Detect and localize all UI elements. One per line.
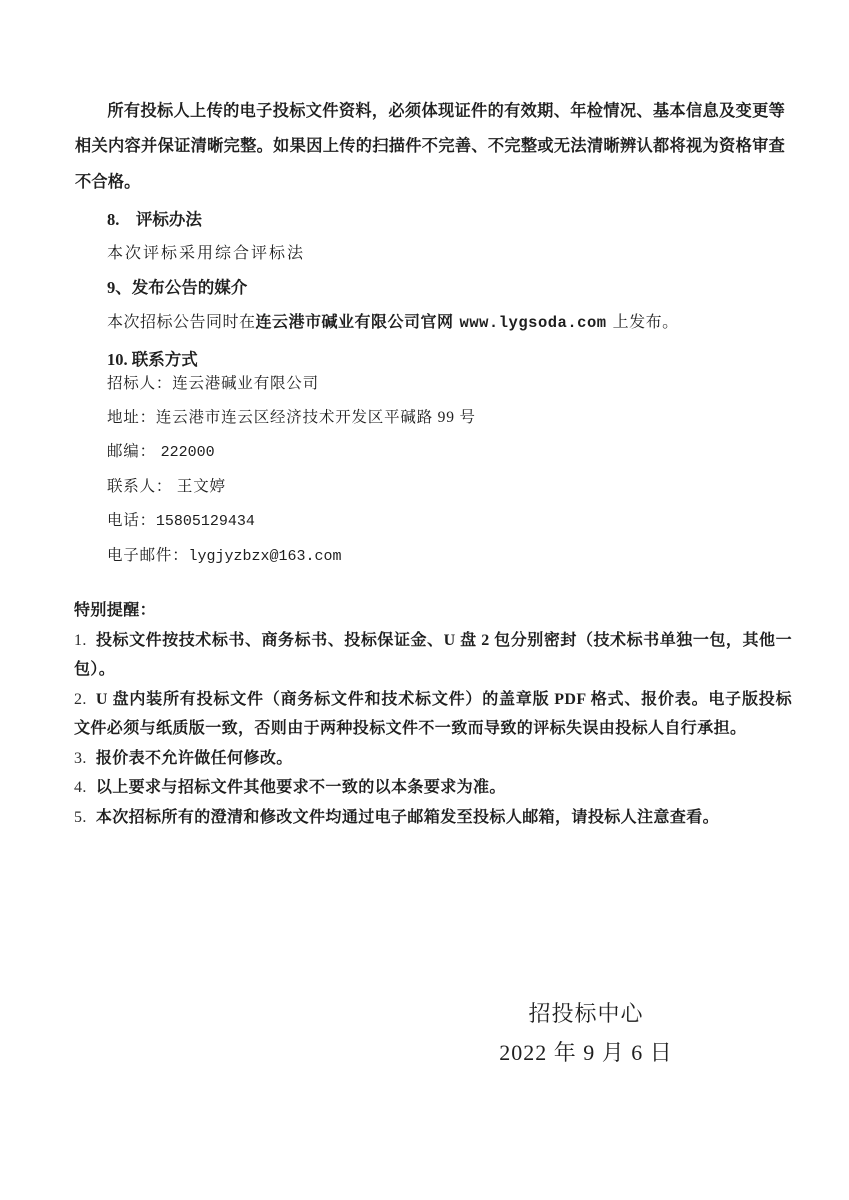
item-text: U 盘内装所有投标文件（商务标文件和技术标文件）的盖章版 PDF 格式、报价表。…	[74, 691, 792, 738]
contact-value: 王文婷	[177, 478, 226, 495]
contact-label: 电子邮件：	[107, 547, 189, 564]
contact-bidder-line: 招标人：连云港碱业有限公司	[107, 367, 476, 401]
section-9-heading: 9、发布公告的媒介	[107, 274, 247, 298]
company-website-name: 连云港市碱业有限公司官网	[256, 314, 454, 331]
section-8-heading: 8. 评标办法	[107, 206, 202, 230]
contact-label: 招标人：	[107, 375, 172, 392]
contact-value: 222000	[161, 444, 215, 461]
reminder-item-2: 2.U 盘内装所有投标文件（商务标文件和技术标文件）的盖章版 PDF 格式、报价…	[74, 685, 792, 744]
contact-label: 联系人：	[107, 478, 177, 495]
website-url: www.lygsoda.com	[460, 314, 607, 332]
special-reminder-block: 特别提醒： 1.投标文件按技术标书、商务标书、投标保证金、U 盘 2 包分别密封…	[74, 596, 792, 832]
item-text: 投标文件按技术标书、商务标书、投标保证金、U 盘 2 包分别密封（技术标书单独一…	[74, 632, 792, 679]
contact-value: 15805129434	[156, 513, 255, 530]
contact-value: 连云港碱业有限公司	[172, 375, 319, 392]
reminder-item-1: 1.投标文件按技术标书、商务标书、投标保证金、U 盘 2 包分别密封（技术标书单…	[74, 626, 792, 685]
item-number: 3.	[74, 750, 87, 767]
contact-label: 电话：	[107, 512, 156, 529]
contact-address-line: 地址：连云港市连云区经济技术开发区平碱路 99 号	[107, 401, 476, 435]
item-number: 2.	[74, 691, 87, 708]
contact-label: 地址：	[107, 409, 156, 426]
contact-postcode-line: 邮编： 222000	[107, 435, 476, 470]
contact-info-block: 招标人：连云港碱业有限公司 地址：连云港市连云区经济技术开发区平碱路 99 号 …	[107, 367, 476, 574]
reminder-item-4: 4.以上要求与招标文件其他要求不一致的以本条要求为准。	[74, 773, 792, 803]
reminder-item-5: 5.本次招标所有的澄清和修改文件均通过电子邮箱发至投标人邮箱，请投标人注意查看。	[74, 803, 792, 833]
document-page: 所有投标人上传的电子投标文件资料，必须体现证件的有效期、年检情况、基本信息及变更…	[0, 0, 849, 1200]
item-text: 本次招标所有的澄清和修改文件均通过电子邮箱发至投标人邮箱，请投标人注意查看。	[96, 809, 719, 826]
item-text: 报价表不允许做任何修改。	[96, 750, 293, 767]
section-8-body: 本次评标采用综合评标法	[107, 240, 305, 263]
section-9-body: 本次招标公告同时在连云港市碱业有限公司官网www.lygsoda.com上发布。	[107, 309, 679, 332]
signature-block: 招投标中心 2022 年 9 月 6 日	[433, 994, 739, 1072]
announcement-suffix: 上发布。	[613, 314, 679, 331]
reminder-heading: 特别提醒：	[74, 596, 792, 626]
contact-phone-line: 电话：15805129434	[107, 504, 476, 539]
intro-paragraph: 所有投标人上传的电子投标文件资料，必须体现证件的有效期、年检情况、基本信息及变更…	[75, 94, 785, 200]
item-number: 5.	[74, 809, 87, 826]
contact-email-line: 电子邮件：lygjyzbzx@163.com	[107, 539, 476, 574]
contact-person-line: 联系人： 王文婷	[107, 470, 476, 504]
contact-value: lygjyzbzx@163.com	[189, 548, 342, 565]
item-number: 1.	[74, 632, 87, 649]
item-text: 以上要求与招标文件其他要求不一致的以本条要求为准。	[96, 779, 506, 796]
signature-date: 2022 年 9 月 6 日	[433, 1033, 739, 1072]
item-number: 4.	[74, 779, 87, 796]
reminder-item-3: 3.报价表不允许做任何修改。	[74, 744, 792, 774]
contact-label: 邮编：	[107, 443, 161, 460]
contact-value: 连云港市连云区经济技术开发区平碱路 99 号	[156, 409, 476, 426]
announcement-prefix: 本次招标公告同时在	[107, 314, 256, 331]
signer-organization: 招投标中心	[433, 994, 739, 1033]
